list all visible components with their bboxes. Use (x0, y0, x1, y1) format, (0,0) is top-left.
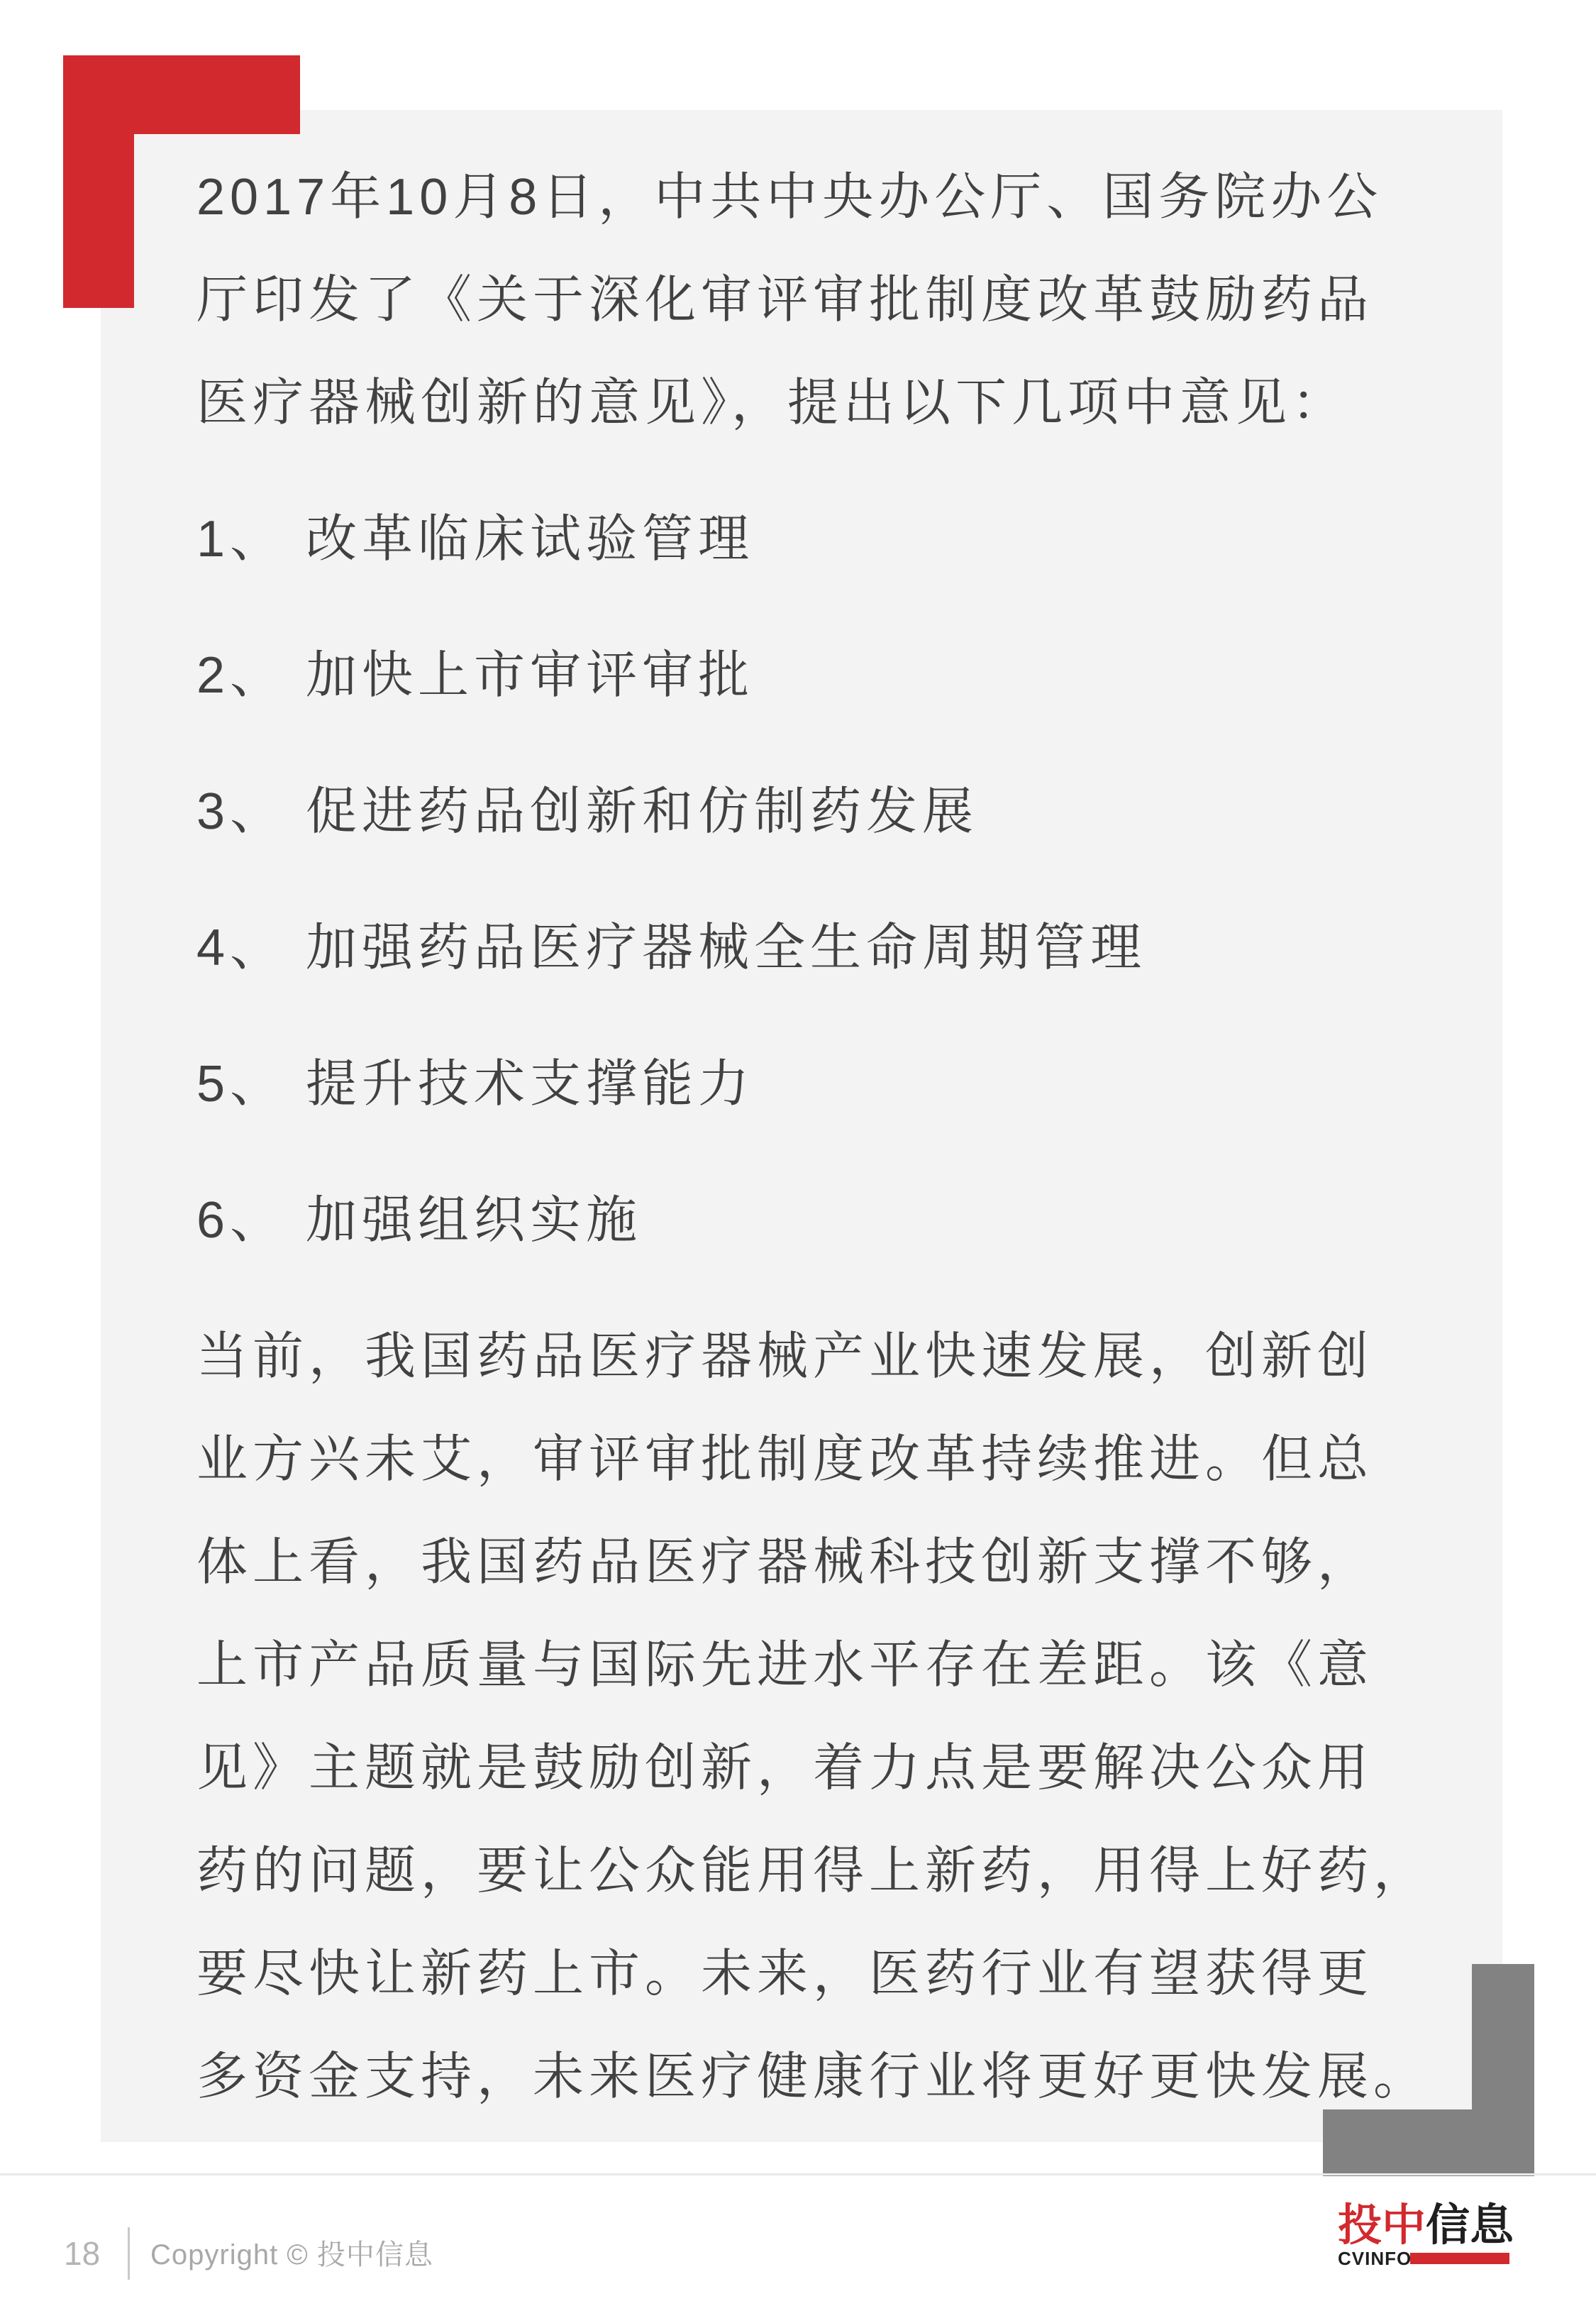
list-item-text: 提升技术支撑能力 (306, 1056, 754, 1113)
list-item-text: 加强组织实施 (306, 1192, 642, 1249)
logo-red-bar (1410, 2253, 1509, 2264)
list-item-number: 5、 (196, 1056, 286, 1113)
logo-wordmark-red: 投中 (1338, 2201, 1426, 2250)
summary-line: 业方兴未艾，审评审批制度改革持续推进。但总 (196, 1408, 1445, 1511)
intro-paragraph: 2017年10月8日，中共中央办公厅、国务院办公 厅印发了《关于深化审评审批制度… (196, 146, 1445, 455)
page-number: 18 (64, 2232, 100, 2275)
summary-line: 当前，我国药品医疗器械产业快速发展，创新创 (196, 1306, 1445, 1408)
list-item-text: 加强药品医疗器械全生命周期管理 (306, 920, 1146, 976)
list-item-4: 4、加强药品医疗器械全生命周期管理 (196, 897, 1445, 1000)
list-item-2: 2、加快上市审评审批 (196, 624, 1445, 727)
summary-line: 见》主题就是鼓励创新，着力点是要解决公众用 (196, 1717, 1445, 1820)
summary-line: 多资金支持，未来医疗健康行业将更好更快发展。 (196, 2026, 1445, 2129)
logo-subtitle-row: CVINFO (1338, 2252, 1512, 2265)
list-item-number: 4、 (196, 920, 286, 976)
logo-wordmark: 投中信息 (1338, 2202, 1512, 2249)
list-item-5: 5、提升技术支撑能力 (196, 1033, 1445, 1136)
intro-line: 厅印发了《关于深化审评审批制度改革鼓励药品 (196, 249, 1445, 352)
footer-divider (0, 2173, 1596, 2175)
red-corner-accent-vertical (63, 55, 134, 308)
body-text: 2017年10月8日，中共中央办公厅、国务院办公 厅印发了《关于深化审评审批制度… (196, 146, 1445, 2129)
list-item-number: 3、 (196, 783, 286, 840)
footer-separator (128, 2227, 130, 2280)
summary-line: 上市产品质量与国际先进水平存在差距。该《意 (196, 1614, 1445, 1717)
list-item-number: 6、 (196, 1192, 286, 1249)
intro-line: 2017年10月8日，中共中央办公厅、国务院办公 (196, 146, 1445, 249)
cvinfo-logo: 投中信息 CVINFO (1338, 2202, 1512, 2265)
summary-line: 要尽快让新药上市。未来，医药行业有望获得更 (196, 1923, 1445, 2026)
list-item-text: 促进药品创新和仿制药发展 (306, 783, 978, 840)
list-item-text: 加快上市审评审批 (306, 647, 754, 704)
slide-page: 2017年10月8日，中共中央办公厅、国务院办公 厅印发了《关于深化审评审批制度… (0, 0, 1596, 2306)
copyright-text: Copyright © 投中信息 (150, 2236, 433, 2273)
list-item-1: 1、改革临床试验管理 (196, 488, 1445, 591)
logo-wordmark-dark: 信息 (1426, 2201, 1514, 2250)
summary-line: 药的问题，要让公众能用得上新药，用得上好药， (196, 1820, 1445, 1923)
summary-line: 体上看，我国药品医疗器械科技创新支撑不够， (196, 1511, 1445, 1614)
list-item-number: 2、 (196, 647, 286, 704)
list-item-text: 改革临床试验管理 (306, 511, 754, 568)
summary-paragraph: 当前，我国药品医疗器械产业快速发展，创新创 业方兴未艾，审评审批制度改革持续推进… (196, 1306, 1445, 2129)
list-item-6: 6、加强组织实施 (196, 1169, 1445, 1272)
list-item-3: 3、促进药品创新和仿制药发展 (196, 761, 1445, 864)
logo-subtitle: CVINFO (1338, 2248, 1412, 2269)
intro-line: 医疗器械创新的意见》，提出以下几项中意见： (196, 352, 1445, 455)
list-item-number: 1、 (196, 511, 286, 568)
